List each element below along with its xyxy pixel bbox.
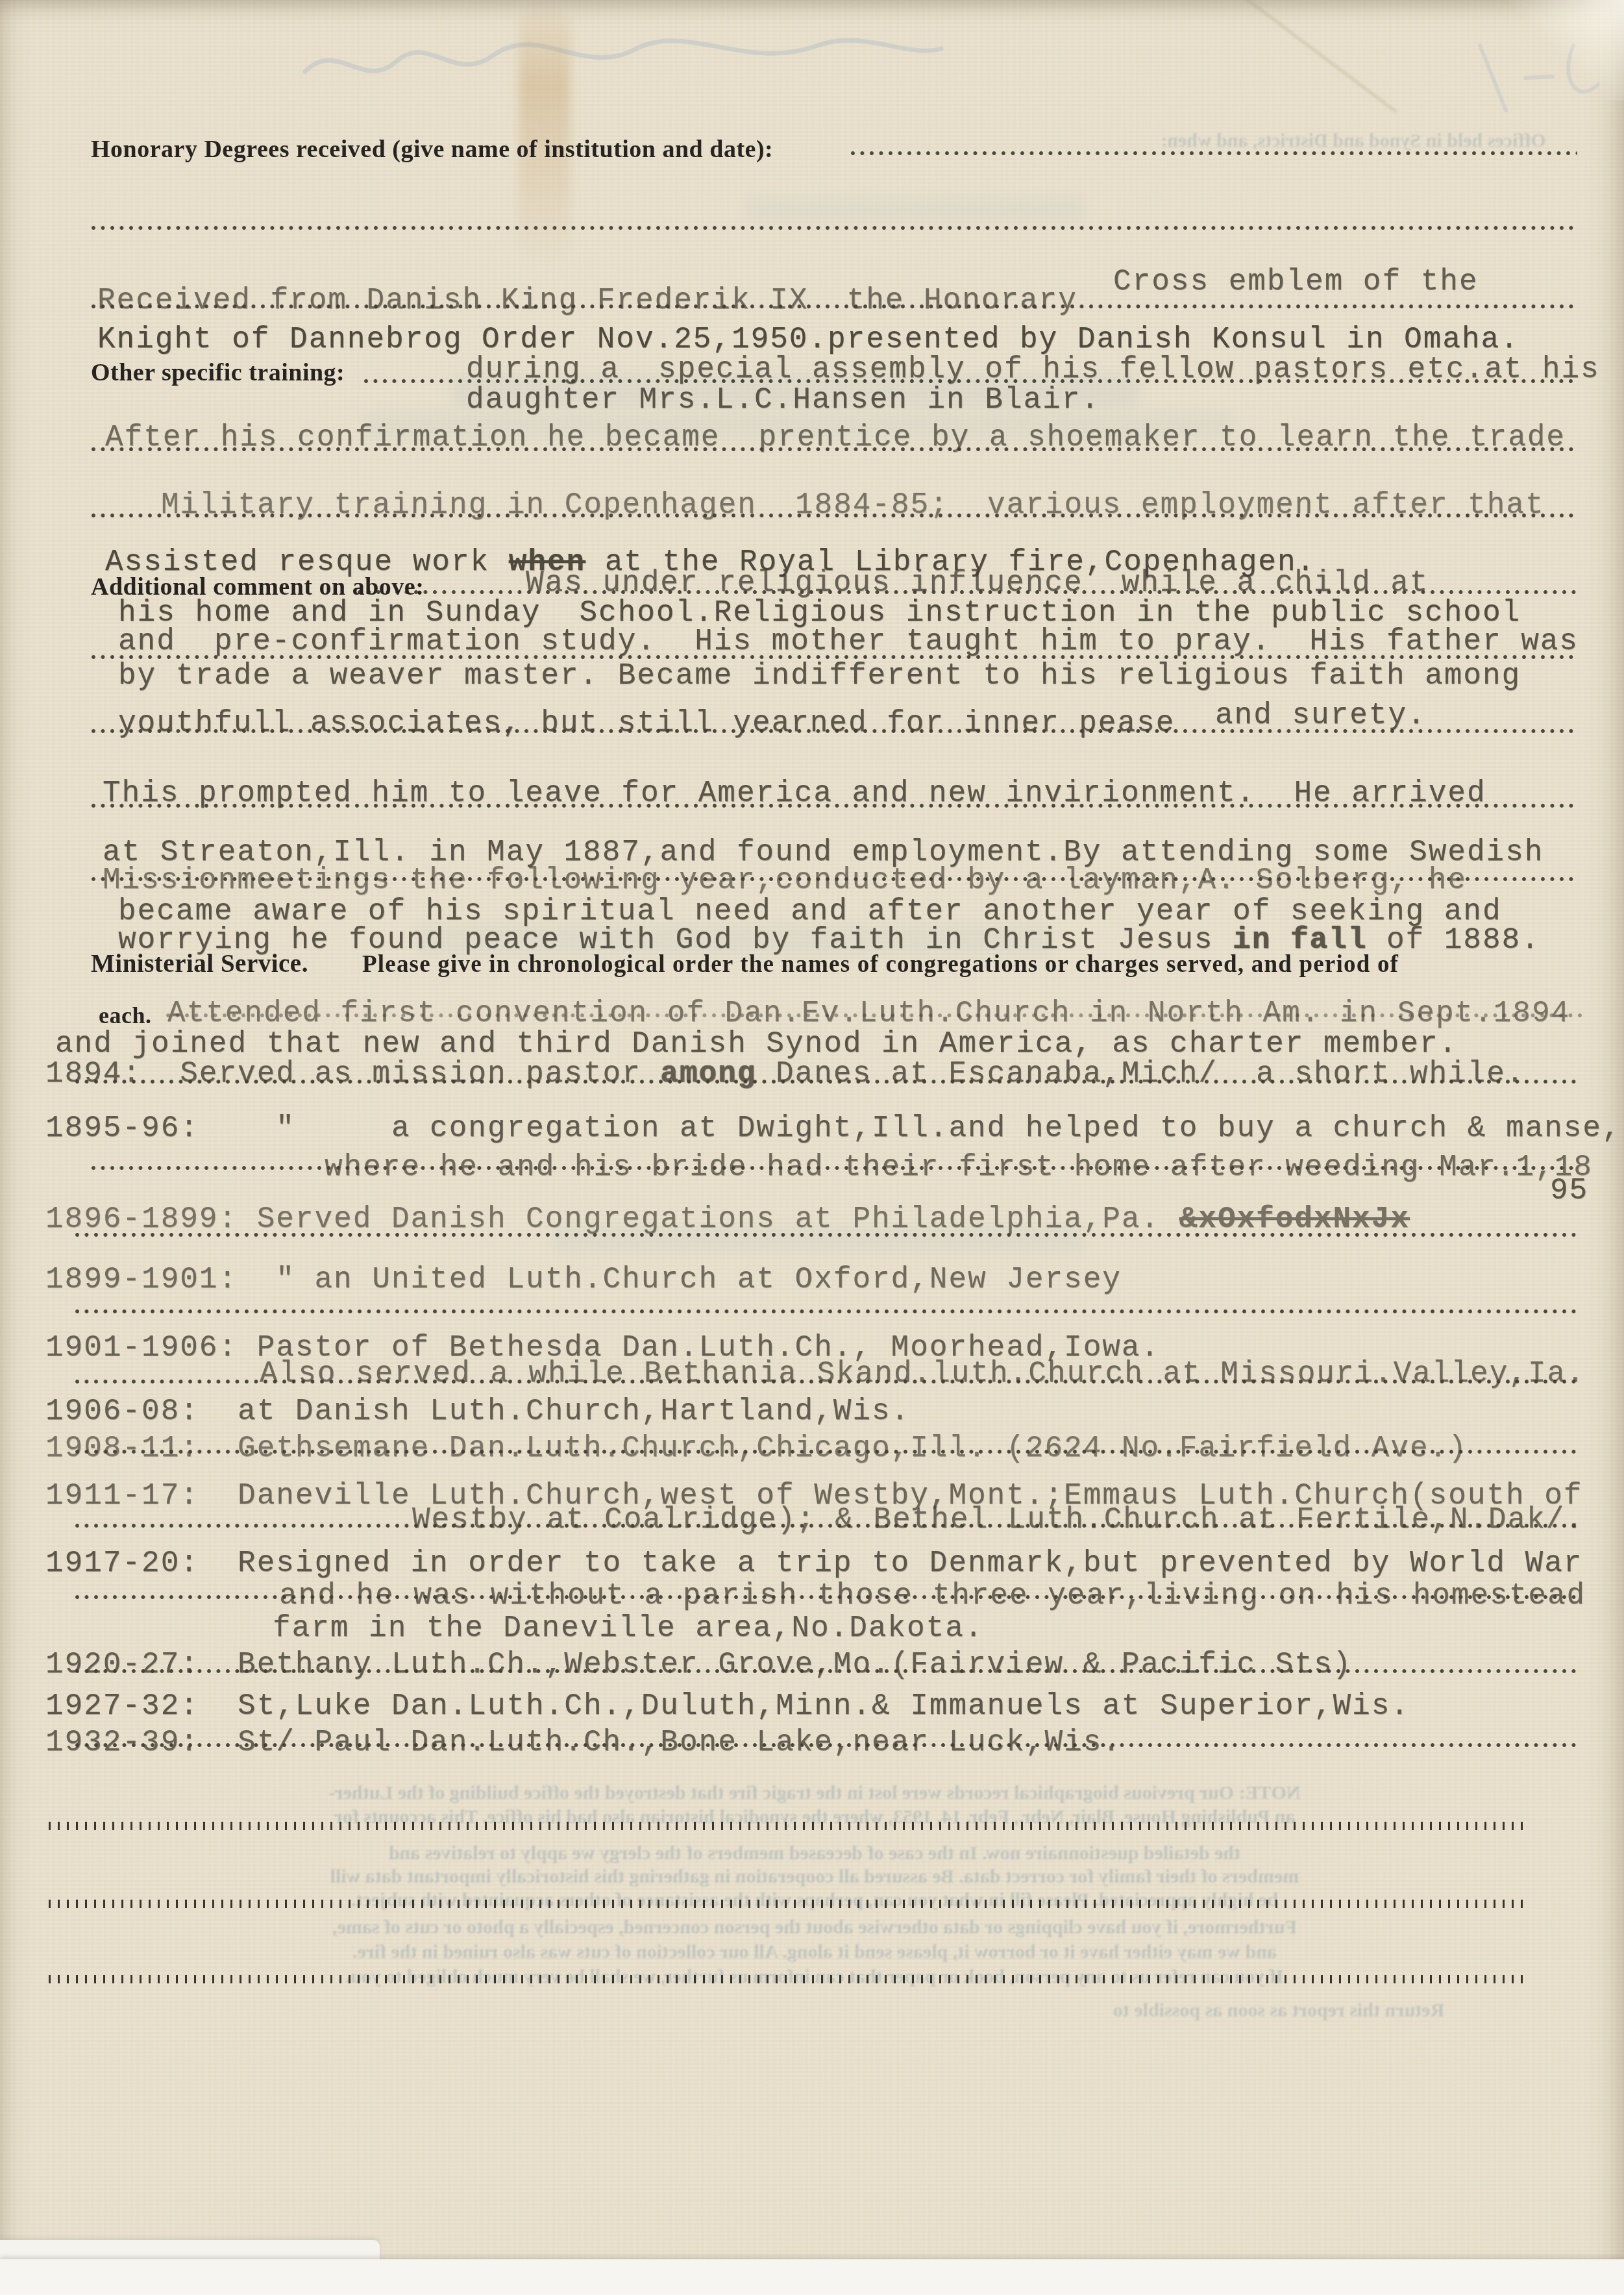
bleed-note-line: members of their family for correct data… — [55, 1866, 1574, 1888]
dashed-rule — [49, 1900, 1529, 1908]
typed-1932-39: 1932-39: St/ Paul Dan.Luth.Ch.,Bone Lake… — [45, 1726, 1122, 1759]
typed-attended-convention: Attended first convention of Dan.Ev.Luth… — [167, 997, 1570, 1030]
typed-1917-20: 1917-20: Resigned in order to take a tri… — [45, 1546, 1582, 1580]
typed-daughter-hansen: daughter Mrs.L.C.Hansen in Blair. — [466, 383, 1100, 417]
typed-youthfull: youthfull associates, but still yearned … — [118, 706, 1175, 740]
paper-sheet: Honorary Degrees received (give name of … — [0, 0, 1624, 2295]
label-other-specific-training: Other specific training: — [91, 358, 345, 387]
bleed-note-line: the detailed questionnaire now. In the c… — [55, 1842, 1574, 1865]
label-ministerial-instructions: Please give in chronological order the n… — [362, 950, 1399, 978]
typed-farm-daneville: farm in the Daneville area,No.Dakota. — [273, 1611, 983, 1645]
typed-also-bethania: Also served a while Bethania Skand.luth.… — [260, 1357, 1586, 1391]
dashed-rule — [49, 1822, 1529, 1830]
typed-bride-first-home: where he and his bride had their first h… — [325, 1150, 1593, 1184]
bleed-note-line: NOTE: Our previous biographical records … — [55, 1782, 1574, 1804]
typed-received-king: Received from Danish King Frederik IX th… — [97, 284, 1077, 317]
typed-cross-emblem: Cross emblem of the — [1113, 265, 1479, 299]
typed-text-segment: 1896-1899: Served Danish Congregations a… — [45, 1202, 1179, 1236]
typed-and-surety: and surety. — [1215, 699, 1427, 732]
typed-weaver-master: by trade a weaver master. Became indiffe… — [118, 659, 1521, 693]
bleed-note-line: Furthermore, if you have clippings or da… — [55, 1917, 1574, 1939]
ink-bleed-smudge — [746, 198, 1084, 221]
typed-text-segment: 1894: Served as mission pastor — [45, 1057, 660, 1091]
typed-joined-synod: and joined that new and third Danish Syn… — [55, 1027, 1458, 1061]
bleed-return-report: Return this report as soon as possible t… — [1000, 2000, 1558, 2022]
typed-preconfirmation: and pre-confirmation study. His mother t… — [118, 625, 1579, 658]
dotted-rule — [91, 225, 1577, 230]
typed-95-correction: 95 — [1550, 1174, 1588, 1208]
typed-military-training: Military training in Copenhagen 1884-85;… — [161, 488, 1545, 522]
typed-during-assembly: during a special assembly of his fellow … — [466, 353, 1600, 386]
handwriting-bleed — [0, 0, 1624, 195]
label-ministerial-service: Ministerial Service. — [91, 949, 308, 978]
typed-1908-11: 1908-11: Gethsemane Dan.Luth.Church,Chic… — [45, 1432, 1468, 1465]
label-honorary-degrees: Honorary Degrees received (give name of … — [91, 135, 773, 164]
label-each: each. — [99, 1002, 151, 1029]
typed-1927-32: 1927-32: St,Luke Dan.Luth.Ch.,Duluth,Min… — [45, 1689, 1410, 1723]
form-content: Honorary Degrees received (give name of … — [0, 0, 1624, 2295]
typed-1896-1899: 1896-1899: Served Danish Congregations a… — [45, 1202, 1410, 1236]
typed-prompted-america: This prompted him to leave for America a… — [103, 776, 1486, 810]
dotted-rule — [75, 1309, 1577, 1314]
typed-after-confirmation: After his confirmation he became prentic… — [105, 421, 1566, 454]
typed-without-parish: and he was without a parish those three … — [279, 1579, 1586, 1613]
typed-was-under-religious: Was under religious influence while a ch… — [526, 566, 1429, 600]
scanned-page: Honorary Degrees received (give name of … — [0, 0, 1624, 2295]
typed-1906-08: 1906-08: at Danish Luth.Church,Hartland,… — [45, 1395, 910, 1428]
typed-westby-coalridge: Westby at Coalridge); & Bethel Luth.Chur… — [412, 1503, 1584, 1537]
typed-1899-1901: 1899-1901: " an United Luth.Church at Ox… — [45, 1263, 1122, 1296]
bleed-note-line: and we may either have it or borrow it, … — [55, 1941, 1574, 1963]
scanner-bed-strip — [0, 2259, 1624, 2295]
typed-1920-27: 1920-27: Bethany Luth.Ch.,Webster Grove,… — [45, 1648, 1352, 1681]
typed-text-segment: Danes at Escanaba,Mich/ a short while. — [756, 1057, 1525, 1091]
overstruck-text: among — [660, 1057, 756, 1091]
overstruck-text: &xOxfodxNxJx — [1179, 1202, 1410, 1236]
corner-fold — [1504, 0, 1624, 101]
typed-knight-dannebrog: Knight of Dannebrog Order Nov.25,1950.pr… — [97, 323, 1519, 356]
typed-missionmeetings: Missionmeetings the following year,condu… — [103, 863, 1467, 897]
typed-1895-96: 1895-96: " a congregation at Dwight,Ill.… — [45, 1111, 1621, 1145]
dashed-rule — [49, 1975, 1529, 1983]
typed-1894: 1894: Served as mission pastor among Dan… — [45, 1057, 1525, 1091]
